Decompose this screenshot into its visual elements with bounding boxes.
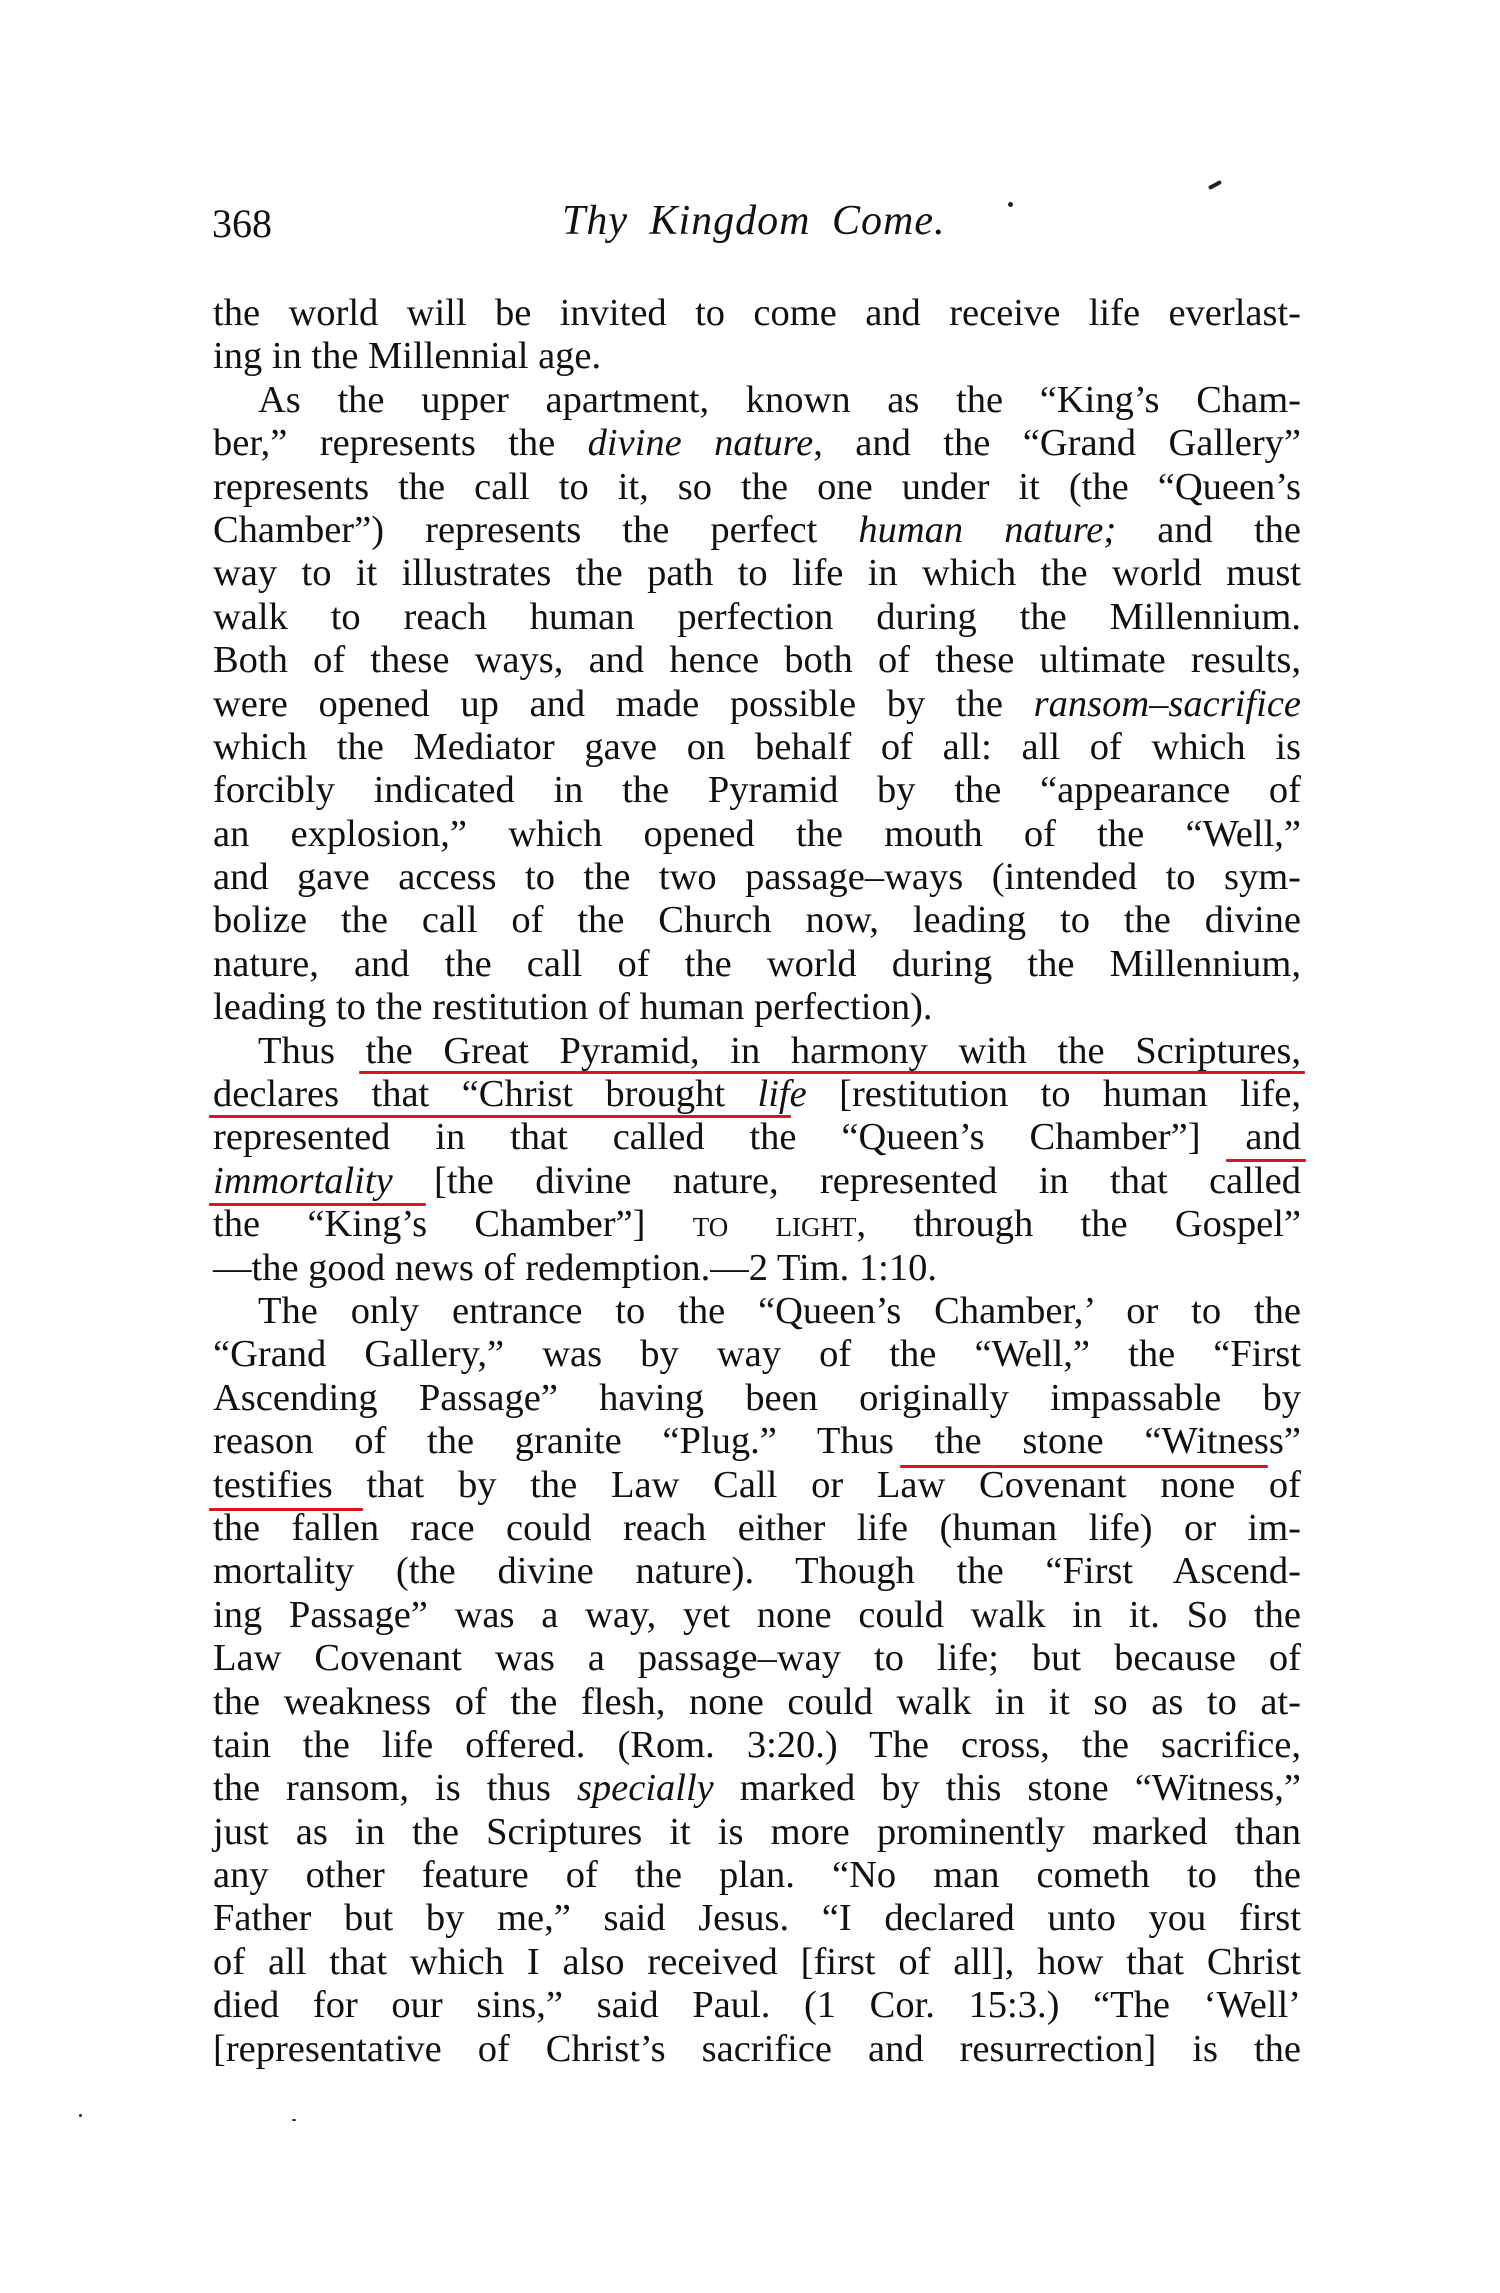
running-title: Thy Kingdom Come. xyxy=(562,196,946,246)
text-line: which the Mediator gave on behalf of all… xyxy=(213,726,1301,769)
italic-text: immortality xyxy=(213,1160,393,1202)
text-run: , through the Gospel” xyxy=(857,1203,1301,1245)
text-run: any other feature of the plan. “No man c… xyxy=(213,1854,1301,1896)
text-run: the weakness of the flesh, none could wa… xyxy=(213,1681,1301,1723)
text-line: the ransom, is thus specially marked by … xyxy=(213,1767,1301,1810)
italic-text: divine nature xyxy=(588,422,814,464)
text-run: the ransom, is thus xyxy=(213,1767,577,1809)
text-run: , and the “Grand Gallery” xyxy=(813,422,1301,464)
text-line: bolize the call of the Church now, leadi… xyxy=(213,899,1301,942)
italic-text: life xyxy=(758,1073,807,1115)
text-run: were opened up and made possible by the xyxy=(213,683,1034,725)
scan-speck xyxy=(292,2119,296,2121)
red-underline-annotation xyxy=(1226,1159,1306,1162)
italic-text: specially xyxy=(577,1767,714,1809)
text-line: immortality [the divine nature, represen… xyxy=(213,1160,1301,1203)
red-underline-annotation xyxy=(209,1203,426,1206)
scan-speck xyxy=(79,2114,82,2117)
text-line: of all that which I also received [first… xyxy=(213,1941,1301,1984)
body-text: the world will be invited to come and re… xyxy=(213,292,1301,2071)
text-line: and gave access to the two passage–ways … xyxy=(213,856,1301,899)
text-line: died for our sins,” said Paul. (1 Cor. 1… xyxy=(213,1984,1301,2027)
red-underline-annotation xyxy=(359,1071,1305,1074)
text-line: forcibly indicated in the Pyramid by the… xyxy=(213,769,1301,812)
text-line: As the upper apartment, known as the “Ki… xyxy=(213,379,1301,422)
text-run: [restitution to human life, xyxy=(807,1073,1301,1115)
red-underline-annotation xyxy=(209,1115,791,1118)
text-run: [representative of Christ’s sacrifice an… xyxy=(213,2028,1301,2070)
red-underline-annotation xyxy=(209,1508,363,1511)
text-run: ber,” represents the xyxy=(213,422,588,464)
text-run: way to it illustrates the path to life i… xyxy=(213,552,1301,594)
text-run: an explosion,” which opened the mouth of… xyxy=(213,813,1301,855)
text-line: walk to reach human perfection during th… xyxy=(213,596,1301,639)
text-line: —the good news of redemption.—2 Tim. 1:1… xyxy=(213,1247,1301,1290)
text-run: testifies that by the Law Call or Law Co… xyxy=(213,1464,1301,1506)
italic-text: ransom–sacrifice xyxy=(1034,683,1301,725)
text-run: the fallen race could reach either life … xyxy=(213,1507,1301,1549)
text-run: of all that which I also received [first… xyxy=(213,1941,1301,1983)
text-line: the “King’s Chamber”] to light, through … xyxy=(213,1203,1301,1246)
text-line: “Grand Gallery,” was by way of the “Well… xyxy=(213,1333,1301,1376)
text-run: “Grand Gallery,” was by way of the “Well… xyxy=(213,1333,1301,1375)
text-run: Law Covenant was a passage–way to life; … xyxy=(213,1637,1301,1679)
text-run: marked by this stone “Witness,” xyxy=(714,1767,1301,1809)
text-run: reason of the granite “Plug.” Thus the s… xyxy=(213,1420,1301,1462)
text-run: and gave access to the two passage–ways … xyxy=(213,856,1301,898)
small-caps-text: to light xyxy=(693,1203,857,1245)
text-run: Chamber”) represents the perfect xyxy=(213,509,858,551)
text-run: which the Mediator gave on behalf of all… xyxy=(213,726,1301,768)
text-line: the weakness of the flesh, none could wa… xyxy=(213,1681,1301,1724)
text-run: nature, and the call of the world during… xyxy=(213,943,1301,985)
text-run: ing Passage” was a way, yet none could w… xyxy=(213,1594,1301,1636)
text-line: Law Covenant was a passage–way to life; … xyxy=(213,1637,1301,1680)
text-line: Father but by me,” said Jesus. “I declar… xyxy=(213,1897,1301,1940)
text-line: reason of the granite “Plug.” Thus the s… xyxy=(213,1420,1301,1463)
text-run: —the good news of redemption.—2 Tim. 1:1… xyxy=(213,1247,937,1289)
text-line: just as in the Scriptures it is more pro… xyxy=(213,1811,1301,1854)
text-run: Father but by me,” said Jesus. “I declar… xyxy=(213,1897,1301,1939)
text-line: were opened up and made possible by the … xyxy=(213,683,1301,726)
text-run: represents the call to it, so the one un… xyxy=(213,466,1301,508)
scan-speck xyxy=(1008,202,1013,207)
text-line: represented in that called the “Queen’s … xyxy=(213,1116,1301,1159)
text-line: Ascending Passage” having been originall… xyxy=(213,1377,1301,1420)
text-run: forcibly indicated in the Pyramid by the… xyxy=(213,769,1301,811)
text-run: the world will be invited to come and re… xyxy=(213,292,1301,334)
text-line: way to it illustrates the path to life i… xyxy=(213,552,1301,595)
text-run: bolize the call of the Church now, leadi… xyxy=(213,899,1301,941)
text-line: ber,” represents the divine nature, and … xyxy=(213,422,1301,465)
text-run: the “King’s Chamber”] xyxy=(213,1203,693,1245)
text-line: The only entrance to the “Queen’s Chambe… xyxy=(213,1290,1301,1333)
text-line: ing in the Millennial age. xyxy=(213,335,1301,378)
italic-text: human nature; xyxy=(858,509,1116,551)
text-run: Both of these ways, and hence both of th… xyxy=(213,639,1301,681)
text-run: Thus the Great Pyramid, in harmony with … xyxy=(258,1030,1301,1072)
text-line: ing Passage” was a way, yet none could w… xyxy=(213,1594,1301,1637)
text-line: an explosion,” which opened the mouth of… xyxy=(213,813,1301,856)
text-run: died for our sins,” said Paul. (1 Cor. 1… xyxy=(213,1984,1301,2026)
text-line: leading to the restitution of human perf… xyxy=(213,986,1301,1029)
text-line: Thus the Great Pyramid, in harmony with … xyxy=(213,1030,1301,1073)
scan-mark xyxy=(1208,180,1222,190)
text-run: [the divine nature, represented in that … xyxy=(393,1160,1301,1202)
text-line: Chamber”) represents the perfect human n… xyxy=(213,509,1301,552)
text-line: nature, and the call of the world during… xyxy=(213,943,1301,986)
text-run: walk to reach human perfection during th… xyxy=(213,596,1301,638)
red-underline-annotation xyxy=(900,1465,1268,1468)
text-run: Ascending Passage” having been originall… xyxy=(213,1377,1301,1419)
text-run: declares that “Christ brought xyxy=(213,1073,758,1115)
text-line: represents the call to it, so the one un… xyxy=(213,466,1301,509)
text-line: tain the life offered. (Rom. 3:20.) The … xyxy=(213,1724,1301,1767)
text-run: and the xyxy=(1116,509,1301,551)
text-line: declares that “Christ brought life [rest… xyxy=(213,1073,1301,1116)
text-line: any other feature of the plan. “No man c… xyxy=(213,1854,1301,1897)
text-line: the world will be invited to come and re… xyxy=(213,292,1301,335)
text-line: the fallen race could reach either life … xyxy=(213,1507,1301,1550)
text-run: As the upper apartment, known as the “Ki… xyxy=(258,379,1301,421)
page-number: 368 xyxy=(212,200,272,248)
text-line: [representative of Christ’s sacrifice an… xyxy=(213,2028,1301,2071)
text-run: mortality (the divine nature). Though th… xyxy=(213,1550,1301,1592)
text-line: mortality (the divine nature). Though th… xyxy=(213,1550,1301,1593)
text-run: represented in that called the “Queen’s … xyxy=(213,1116,1301,1158)
text-run: just as in the Scriptures it is more pro… xyxy=(213,1811,1301,1853)
text-run: leading to the restitution of human perf… xyxy=(213,986,933,1028)
text-line: Both of these ways, and hence both of th… xyxy=(213,639,1301,682)
text-run: ing in the Millennial age. xyxy=(213,335,601,377)
text-run: The only entrance to the “Queen’s Chambe… xyxy=(258,1290,1301,1332)
text-run: tain the life offered. (Rom. 3:20.) The … xyxy=(213,1724,1301,1766)
text-line: testifies that by the Law Call or Law Co… xyxy=(213,1464,1301,1507)
